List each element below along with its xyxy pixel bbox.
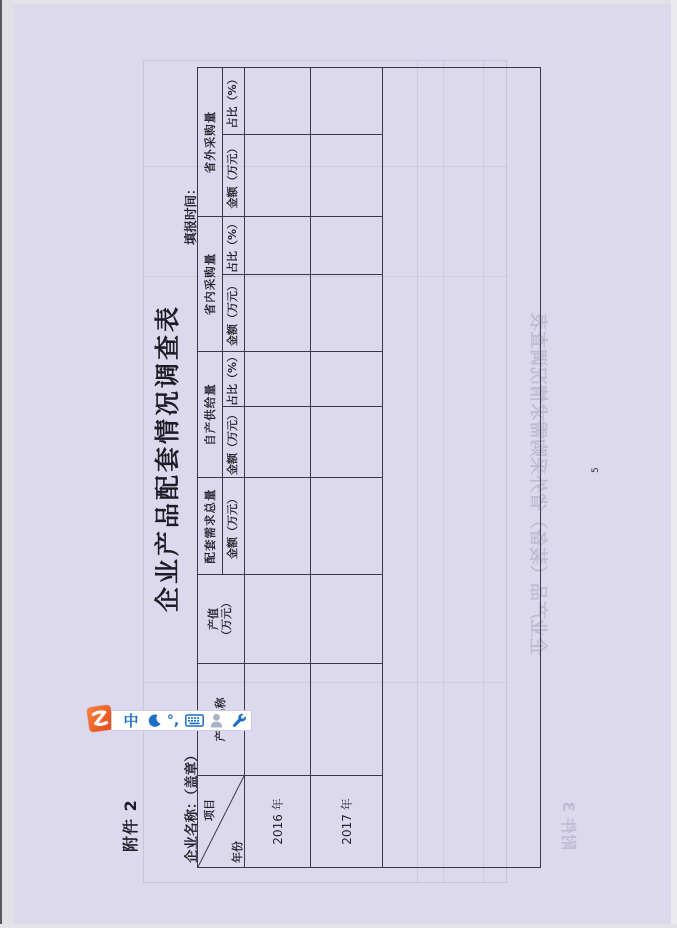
- header-in-province-pct: 占比（%）: [223, 217, 245, 275]
- sogou-logo-icon[interactable]: [86, 704, 113, 732]
- cell-demand-amount: [311, 478, 383, 575]
- sogou-glyph-icon: [86, 704, 113, 732]
- header-row-groups: 项目 年份 产品名称 产值 （万元） 配套需求总量 自产供给量 省内采购量 省外…: [198, 68, 223, 868]
- header-group-in-province: 省内采购量: [198, 217, 223, 352]
- wrench-icon[interactable]: [232, 711, 247, 730]
- language-mode-button[interactable]: 中: [122, 711, 140, 730]
- bleed-through-attachment-label: 附件 3: [558, 801, 581, 850]
- header-group-out-province: 省外采购量: [198, 68, 223, 217]
- page-title: 企业产品配套情况调查表: [148, 328, 184, 612]
- row-year-2016: 2016 年: [245, 776, 311, 868]
- attachment-label: 附件 2: [118, 799, 141, 852]
- header-output-value-line2: （万元）: [221, 575, 234, 663]
- header-demand-amount: 金额（万元）: [223, 478, 245, 575]
- header-self-amount: 金额（万元）: [223, 407, 245, 478]
- cell-out-province-pct: [311, 68, 383, 135]
- cell-self-pct: [245, 352, 311, 407]
- header-group-demand-total: 配套需求总量: [198, 478, 223, 575]
- cell-in-province-amount: [245, 275, 311, 352]
- notes-area: [383, 68, 541, 868]
- item-label: 项目: [201, 799, 217, 821]
- cell-output-value: [245, 575, 311, 664]
- half-width-moon-icon[interactable]: [147, 711, 161, 730]
- cell-out-province-amount: [311, 135, 383, 217]
- keyboard-icon[interactable]: [184, 711, 204, 730]
- table-row: 2016 年: [245, 68, 311, 868]
- cell-self-amount: [245, 407, 311, 478]
- cell-in-province-pct: [245, 217, 311, 275]
- user-icon[interactable]: [209, 711, 223, 730]
- cell-out-province-pct: [245, 68, 311, 135]
- cell-demand-amount: [245, 478, 311, 575]
- notes-row: [383, 68, 541, 868]
- year-label: 年份: [229, 841, 245, 863]
- cell-product-name: [311, 664, 383, 776]
- cell-self-amount: [311, 407, 383, 478]
- header-out-province-pct: 占比（%）: [223, 68, 245, 135]
- header-output-value: 产值 （万元）: [198, 575, 245, 664]
- cell-output-value: [311, 575, 383, 664]
- header-out-province-amount: 金额（万元）: [223, 135, 245, 217]
- moon-icon: [148, 714, 161, 728]
- cell-in-province-amount: [311, 275, 383, 352]
- ime-toolbar: 中 °,: [111, 710, 252, 731]
- corner-header-cell: 项目 年份: [198, 776, 245, 868]
- header-group-self-supply: 自产供给量: [198, 352, 223, 478]
- table-row: 2017 年: [311, 68, 383, 868]
- soft-keyboard-icon: [185, 714, 204, 727]
- settings-wrench-icon: [232, 713, 247, 728]
- survey-table: 项目 年份 产品名称 产值 （万元） 配套需求总量 自产供给量 省内采购量 省外…: [197, 67, 541, 868]
- cell-product-name: [245, 664, 311, 776]
- account-icon: [210, 713, 223, 728]
- header-self-pct: 占比（%）: [223, 352, 245, 407]
- header-in-province-amount: 金额（万元）: [223, 275, 245, 352]
- page-number: 5: [591, 467, 601, 473]
- cell-self-pct: [311, 352, 383, 407]
- cell-out-province-amount: [245, 135, 311, 217]
- cell-in-province-pct: [311, 217, 383, 275]
- scanned-page: 附件 3 企业产品（装备）省外采购需求情况调查表 附件 2 企业产品配套情况调查…: [0, 0, 677, 928]
- row-year-2017: 2017 年: [311, 776, 383, 868]
- punctuation-mode-button[interactable]: °,: [165, 711, 181, 730]
